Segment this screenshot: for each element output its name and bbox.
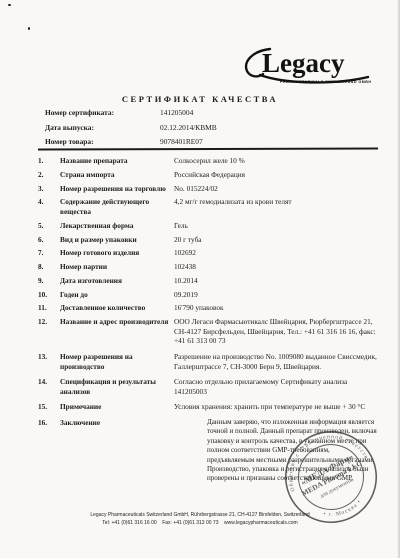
header-field: Дата выпуска: 02.12.2014/КВМВ	[45, 123, 376, 138]
item-label: Название и адрес производителя	[60, 317, 174, 346]
field-value: 141205004	[158, 108, 193, 117]
item-value: 102438	[174, 262, 378, 272]
list-item: 6. Вид и размер упаковки 20 г туба	[38, 235, 378, 245]
item-label: Доставленное количество	[60, 303, 174, 313]
logo-tagline-text: PHARMACEUTICALS SWITZERLAND GMBH	[280, 80, 371, 84]
item-number: 13.	[38, 352, 60, 371]
list-item: 14. Спецификация и результаты анализов С…	[38, 377, 378, 396]
item-value: Солкосерил желе 10 %	[174, 156, 378, 166]
page-title: СЕРТИФИКАТ КАЧЕСТВА	[0, 94, 400, 104]
item-value: Разрешение на производство No. 1009080 в…	[174, 352, 378, 371]
item-value: 4,2 мг/г гемодиализата из крови телят	[174, 197, 378, 216]
item-number: 6.	[38, 235, 60, 245]
item-label: Вид и размер упаковки	[60, 235, 174, 245]
item-number: 2.	[38, 170, 60, 180]
legacy-logo-icon: Legacy PHARMACEUTICALS SWITZERLAND GMBH	[240, 44, 380, 90]
item-value: 102692	[174, 248, 378, 258]
header-fields: Номер сертификата: 141205004 Дата выпуск…	[45, 108, 376, 152]
legacy-logo: Legacy PHARMACEUTICALS SWITZERLAND GMBH	[240, 44, 380, 90]
item-value: 16'790 упаковок	[174, 303, 378, 313]
item-number: 8.	[38, 262, 60, 272]
list-item: 5. Лекарственная форма Гель	[38, 221, 378, 231]
stamp-seal-icon: Общество с ограниченной ответственностью…	[251, 397, 400, 557]
scan-speck	[8, 4, 11, 6]
item-number: 11.	[38, 303, 60, 313]
item-value: ООО Легаси Фармасьютикалс Швейцария, Рюр…	[174, 317, 378, 346]
list-item: 15. Примечание Условия хранения: хранить…	[38, 402, 378, 412]
list-item: 3. Номер разрешения на торговлю No. 0152…	[38, 184, 378, 194]
item-label: Номер готового изделия	[60, 248, 174, 258]
footer: Legacy Pharmaceuticals Switzerland GmbH,…	[0, 511, 400, 527]
list-item: 4. Содержание действующего вещества 4,2 …	[38, 197, 378, 216]
item-value: Согласно отдельно прилагаемому Сертифика…	[174, 377, 378, 396]
item-value: Российская Федерация	[174, 170, 378, 180]
item-label: Номер партии	[60, 262, 174, 272]
item-label: Спецификация и результаты анализов	[60, 377, 174, 396]
list-item: 12. Название и адрес производителя ООО Л…	[38, 317, 378, 346]
field-value: 02.12.2014/КВМВ	[158, 123, 217, 132]
footer-contacts: Tel: +41 (0)61 316 16 00 Fax: +41 (0)61 …	[0, 519, 400, 527]
field-value: 9078401RE07	[158, 137, 203, 146]
item-label: Название препарата	[60, 156, 174, 166]
field-label: Номер товара:	[45, 137, 158, 146]
item-number: 3.	[38, 184, 60, 194]
item-number: 12.	[38, 317, 60, 346]
item-number: 5.	[38, 221, 60, 231]
field-label: Дата выпуска:	[45, 123, 158, 132]
list-item: 13. Номер разрешения на производство Раз…	[38, 352, 378, 371]
item-label: Примечание	[60, 402, 174, 412]
item-value: 09.2019	[174, 290, 378, 300]
item-number: 10.	[38, 290, 60, 300]
item-label: Лекарственная форма	[60, 221, 174, 231]
list-item: 8. Номер партии 102438	[38, 262, 378, 272]
item-number: 16.	[38, 418, 60, 484]
item-label: Номер разрешения на производство	[60, 352, 174, 371]
item-value: No. 015224/02	[174, 184, 378, 194]
item-number: 4.	[38, 197, 60, 216]
item-number: 1.	[38, 156, 60, 166]
item-number: 15.	[38, 402, 60, 412]
item-number: 9.	[38, 276, 60, 286]
item-label: Содержание действующего вещества	[60, 197, 174, 216]
item-number: 14.	[38, 377, 60, 396]
item-label: Заключение	[60, 418, 174, 484]
list-item: 1. Название препарата Солкосерил желе 10…	[38, 156, 378, 166]
item-label: Дата изготовления	[60, 276, 174, 286]
item-value: Гель	[174, 221, 378, 231]
list-item: 10. Годен до 09.2019	[38, 290, 378, 300]
list-item: 9. Дата изготовления 10.2014	[38, 276, 378, 286]
item-value: 10.2014	[174, 276, 378, 286]
field-label: Номер сертификата:	[45, 108, 158, 117]
header-field: Номер сертификата: 141205004	[45, 108, 376, 123]
scan-speck	[28, 27, 30, 30]
list-item: 2. Страна импорта Российская Федерация	[38, 170, 378, 180]
logo-brand-text: Legacy	[262, 48, 345, 78]
item-label: Номер разрешения на торговлю	[60, 184, 174, 194]
item-label: Годен до	[60, 290, 174, 300]
footer-address: Legacy Pharmaceuticals Switzerland GmbH,…	[0, 511, 400, 519]
item-value: 20 г туба	[174, 235, 378, 245]
certificate-page: Legacy PHARMACEUTICALS SWITZERLAND GMBH …	[0, 0, 400, 558]
list-item: 7. Номер готового изделия 102692	[38, 248, 378, 258]
item-label: Страна импорта	[60, 170, 174, 180]
item-number: 7.	[38, 248, 60, 258]
list-item: 11. Доставленное количество 16'790 упако…	[38, 303, 378, 313]
